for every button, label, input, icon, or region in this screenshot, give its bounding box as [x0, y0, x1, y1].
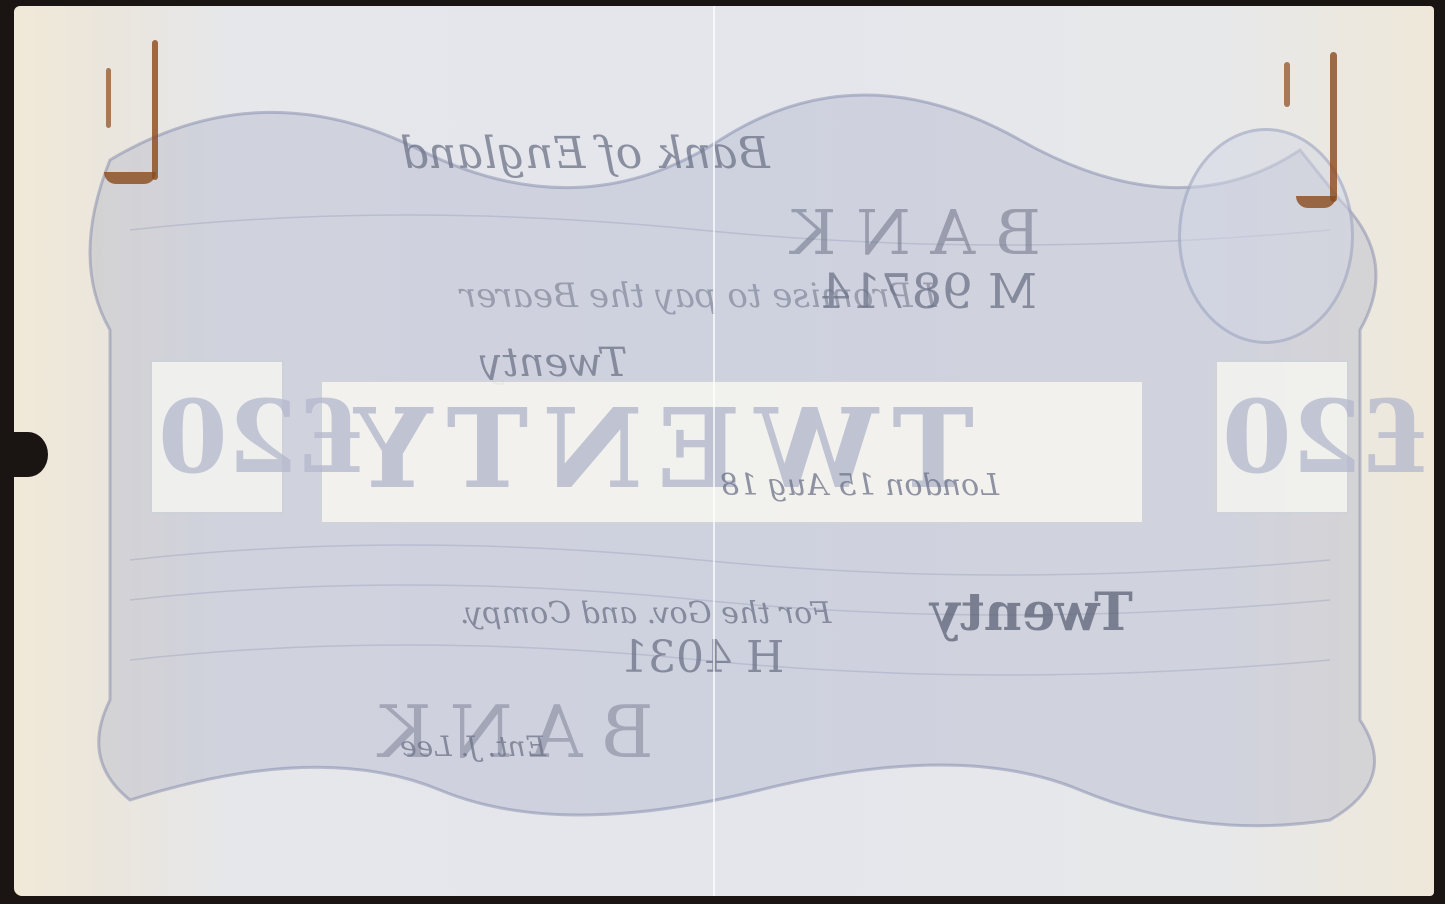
payee-line: For the Gov. and Compy.: [460, 596, 831, 631]
medallion-britannia: [1178, 128, 1354, 344]
rust-stain-right-hook: [1296, 196, 1336, 208]
rust-stain-left-long: [152, 40, 158, 180]
date-line: London 15 Aug 18: [720, 468, 999, 503]
fold-line: [713, 6, 715, 896]
rust-stain-right-long: [1330, 52, 1337, 202]
serial-number-bottom: H 4031: [620, 632, 784, 683]
bank-word-top: BANK: [770, 196, 1041, 269]
gothic-denomination: Twenty: [930, 582, 1133, 643]
rust-stain-left-hook: [104, 172, 156, 184]
promise-text: I Promise to pay the Bearer: [460, 276, 937, 316]
denomination-right: £20: [1222, 378, 1431, 496]
denomination-left: £20: [158, 378, 367, 496]
rust-stain-right-short: [1284, 62, 1290, 107]
rust-stain-left-short: [106, 68, 111, 128]
signature: Ent. J. Lee: [400, 730, 546, 763]
